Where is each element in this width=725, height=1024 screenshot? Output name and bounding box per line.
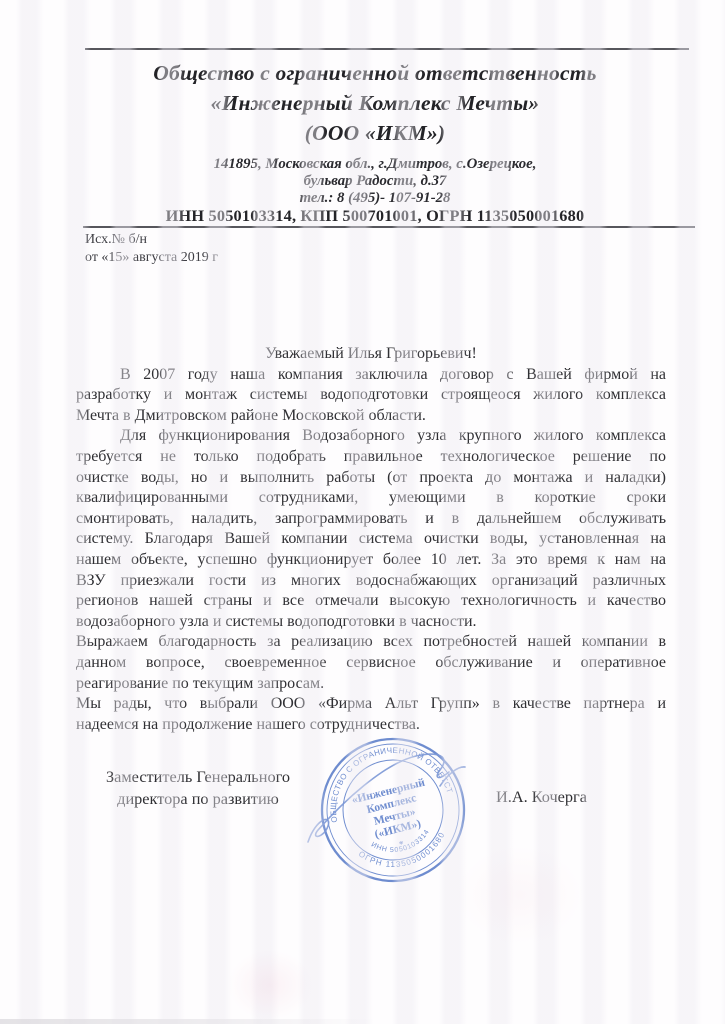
body-line: ВЗУ приезжали гости из многих водоснабжа… <box>76 571 666 592</box>
svg-text:ОГРН 1135050001680: ОГРН 1135050001680 <box>355 829 452 879</box>
stamp-ogrn-text: ОГРН 1135050001680 <box>355 829 452 879</box>
body-line: данном вопросе, своевременное сервисное … <box>76 653 666 674</box>
reference-block: Исх.№ б/н от «15» августа 2019 г <box>85 231 218 267</box>
company-stamp: ОБЩЕСТВО С ОГРАНИЧЕННОЙ ОТВЕТСТВЕННОСТЬЮ… <box>288 722 498 900</box>
letter-body: Уважаемый Илья Григорьевич! В 2007 году … <box>76 344 666 735</box>
body-line: требуется не только подобрать правильное… <box>76 447 666 468</box>
address-line3: тел.: 8 (495)- 107-91-28 <box>70 190 680 207</box>
body-line: систему. Благодаря Вашей компании систем… <box>76 529 666 550</box>
company-name: Общество с ограниченной ответственность … <box>70 58 680 148</box>
outgoing-number: Исх.№ б/н <box>85 231 218 249</box>
body-line: В 2007 году наша компания заключила дого… <box>76 365 666 386</box>
body-line: Мы рады, что выбрали ООО «Фирма Альт Гру… <box>76 694 666 715</box>
letter-page: Общество с ограниченной ответственность … <box>0 0 725 1024</box>
body-line: реагирование по текущим запросам. <box>76 674 666 695</box>
paragraphs-container: В 2007 году наша компания заключила дого… <box>76 365 666 736</box>
company-registration: ИНН 5050103314, КПП 500701001, ОГРН 1135… <box>70 206 680 225</box>
stamp-outer-top-text: ОБЩЕСТВО С ОГРАНИЧЕННОЙ ОТВЕТСТВЕННОСТЬЮ <box>288 722 455 835</box>
company-name-line2: «Инженерный Комплекс Мечты» <box>70 88 680 118</box>
letterhead-top-rule <box>85 48 689 50</box>
body-line: регионов нашей страны и все отмечали выс… <box>76 591 666 612</box>
body-line: Мечта в Дмитровском районе Московской об… <box>76 406 666 427</box>
body-line: водозаборного узла и системы водоподгото… <box>76 612 666 633</box>
letterhead-bottom-rule <box>83 226 695 228</box>
body-line: квалифицированными сотрудниками, умеющим… <box>76 488 666 509</box>
salutation: Уважаемый Илья Григорьевич! <box>76 344 666 365</box>
signer-position-line2: директора по развитию <box>98 788 298 810</box>
body-line: разработку и монтаж системы водоподготов… <box>76 385 666 406</box>
address-line1: 141895, Московская обл., г.Дмитров, с.Оз… <box>70 156 680 173</box>
company-address: 141895, Московская обл., г.Дмитров, с.Оз… <box>70 156 680 207</box>
body-line: смонтировать, наладить, запрограммироват… <box>76 509 666 530</box>
stamp-star: * <box>398 838 405 849</box>
signer-name: И.А. Кочерга <box>496 787 587 807</box>
body-line: Выражаем благодарность за реализацию все… <box>76 632 666 653</box>
svg-text:ОБЩЕСТВО С ОГРАНИЧЕННОЙ ОТВЕТС: ОБЩЕСТВО С ОГРАНИЧЕННОЙ ОТВЕТСТВЕННОСТЬЮ <box>288 722 455 835</box>
body-line: нашем объекте, успешно функционирует бол… <box>76 550 666 571</box>
address-line2: бульвар Радости, д.37 <box>70 173 680 190</box>
body-line: очистке воды, но и выполнить работы (от … <box>76 468 666 489</box>
letter-date: от «15» августа 2019 г <box>85 249 218 267</box>
body-line: Для функционирования Водозаборного узла … <box>76 426 666 447</box>
company-name-line1: Общество с ограниченной ответственность <box>70 58 680 88</box>
company-name-line3: (ООО «ИКМ») <box>70 118 680 148</box>
signer-position: Заместитель Генерального директора по ра… <box>98 766 298 810</box>
signer-position-line1: Заместитель Генерального <box>98 766 298 788</box>
page-edge-shadow <box>0 1019 377 1024</box>
